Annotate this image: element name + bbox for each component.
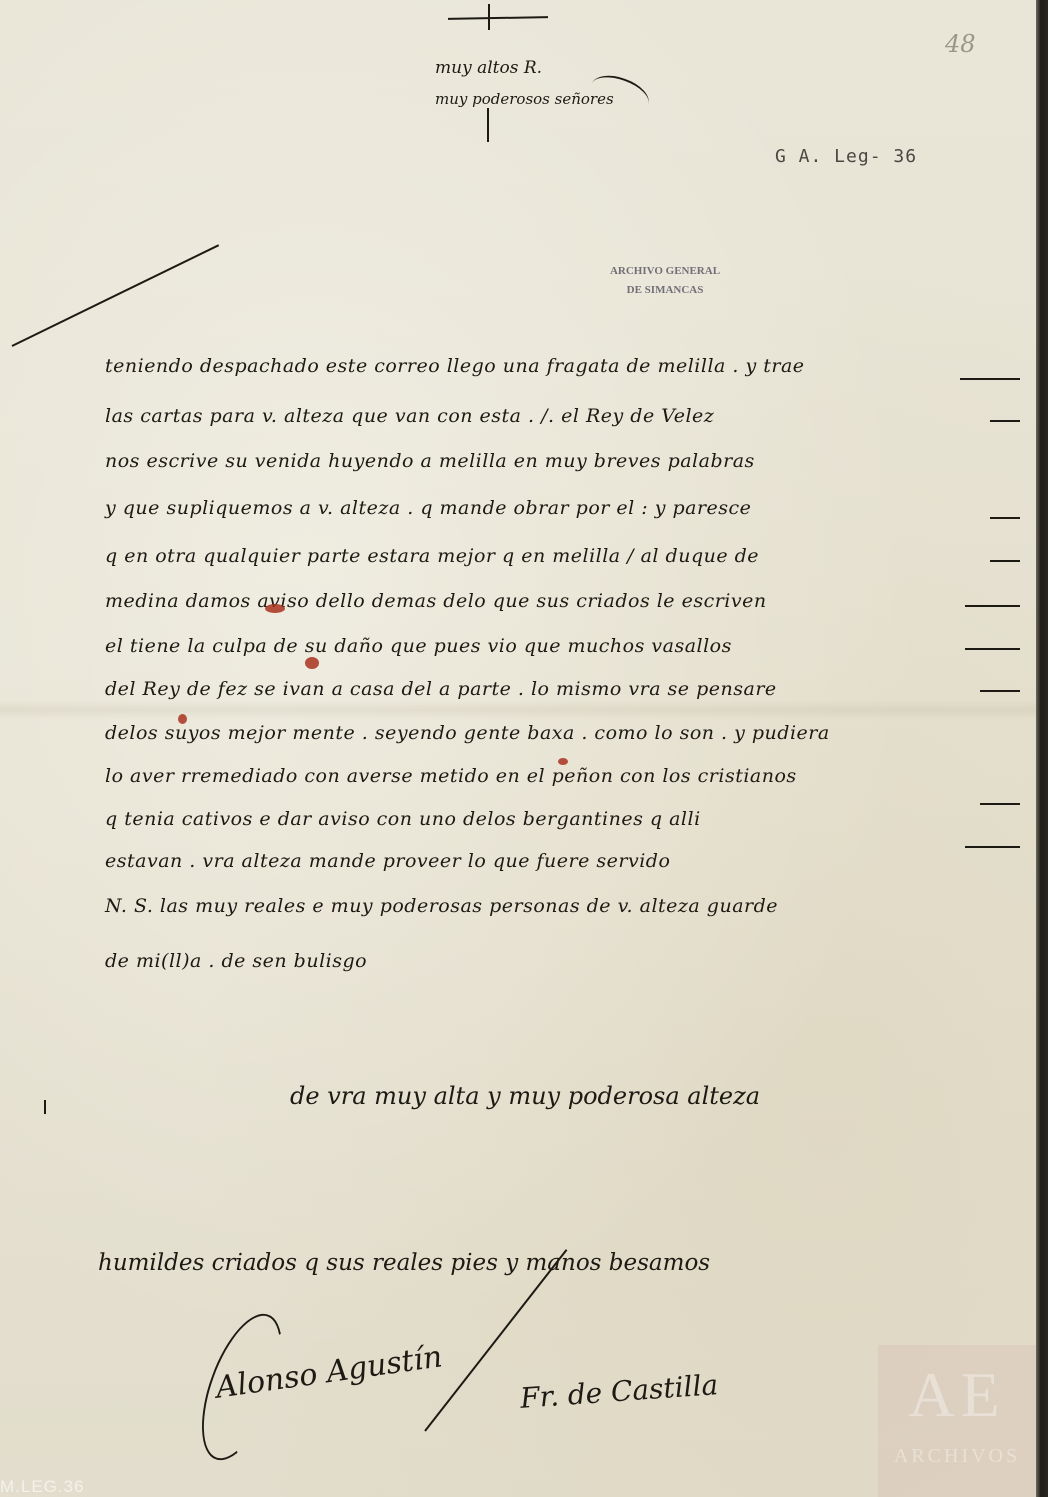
humble-line: humildes criados q sus reales pies y man… bbox=[98, 1250, 710, 1276]
letter-line: medina damos aviso dello demas delo que … bbox=[105, 590, 767, 612]
line-fill-stroke bbox=[965, 605, 1020, 607]
letter-line: las cartas para v. alteza que van con es… bbox=[105, 405, 714, 427]
salutation-stem bbox=[487, 108, 489, 142]
line-fill-stroke bbox=[990, 560, 1020, 562]
wax-stain bbox=[178, 714, 187, 724]
stamp-line-1: ARCHIVO GENERAL bbox=[590, 262, 740, 281]
closing-line: de vra muy alta y muy poderosa alteza bbox=[290, 1082, 760, 1110]
line-fill-stroke bbox=[990, 420, 1020, 422]
letter-line: de mi(ll)a . de sen bulisgo bbox=[105, 950, 367, 972]
line-fill-stroke bbox=[980, 803, 1020, 805]
corner-reference: M.LEG.36 bbox=[0, 1477, 85, 1497]
line-fill-stroke bbox=[965, 648, 1020, 650]
archive-stamp: ARCHIVO GENERAL DE SIMANCAS bbox=[590, 262, 740, 300]
letter-line: N. S. las muy reales e muy poderosas per… bbox=[105, 895, 778, 917]
watermark-text: ARCHIVOS bbox=[878, 1445, 1036, 1468]
salutation-line-1: muy altos R. bbox=[435, 58, 542, 78]
wax-stain bbox=[305, 657, 319, 669]
wax-stain bbox=[265, 604, 285, 613]
margin-tick bbox=[44, 1100, 46, 1114]
line-fill-stroke bbox=[990, 517, 1020, 519]
letter-line: teniendo despachado este correo llego un… bbox=[105, 355, 805, 377]
letter-line: lo aver rremediado con averse metido en … bbox=[105, 765, 797, 787]
archive-reference: G A. Leg- 36 bbox=[775, 146, 917, 167]
letter-line: del Rey de fez se ivan a casa del a part… bbox=[105, 678, 777, 700]
line-fill-stroke bbox=[960, 378, 1020, 380]
letter-line: nos escrive su venida huyendo a melilla … bbox=[105, 450, 755, 472]
letter-line: y que supliquemos a v. alteza . q mande … bbox=[105, 497, 751, 519]
page-edge bbox=[1036, 0, 1048, 1497]
line-fill-stroke bbox=[965, 846, 1020, 848]
watermark-logo: AE bbox=[878, 1345, 1036, 1445]
letter-line: delos suyos mejor mente . seyendo gente … bbox=[105, 722, 830, 744]
letter-line: estavan . vra alteza mande proveer lo qu… bbox=[105, 850, 670, 872]
letter-line: q tenia cativos e dar aviso con uno delo… bbox=[105, 808, 701, 830]
letter-line: el tiene la culpa de su daño que pues vi… bbox=[105, 635, 732, 657]
letter-line: q en otra qualquier parte estara mejor q… bbox=[105, 545, 759, 567]
stamp-line-2: DE SIMANCAS bbox=[590, 281, 740, 300]
line-fill-stroke bbox=[980, 690, 1020, 692]
wax-stain bbox=[558, 758, 568, 765]
archive-watermark: AE ARCHIVOS bbox=[878, 1345, 1036, 1497]
paper-fold bbox=[0, 700, 1036, 720]
cross-mark-stem bbox=[488, 4, 490, 30]
folio-number: 48 bbox=[945, 30, 976, 58]
